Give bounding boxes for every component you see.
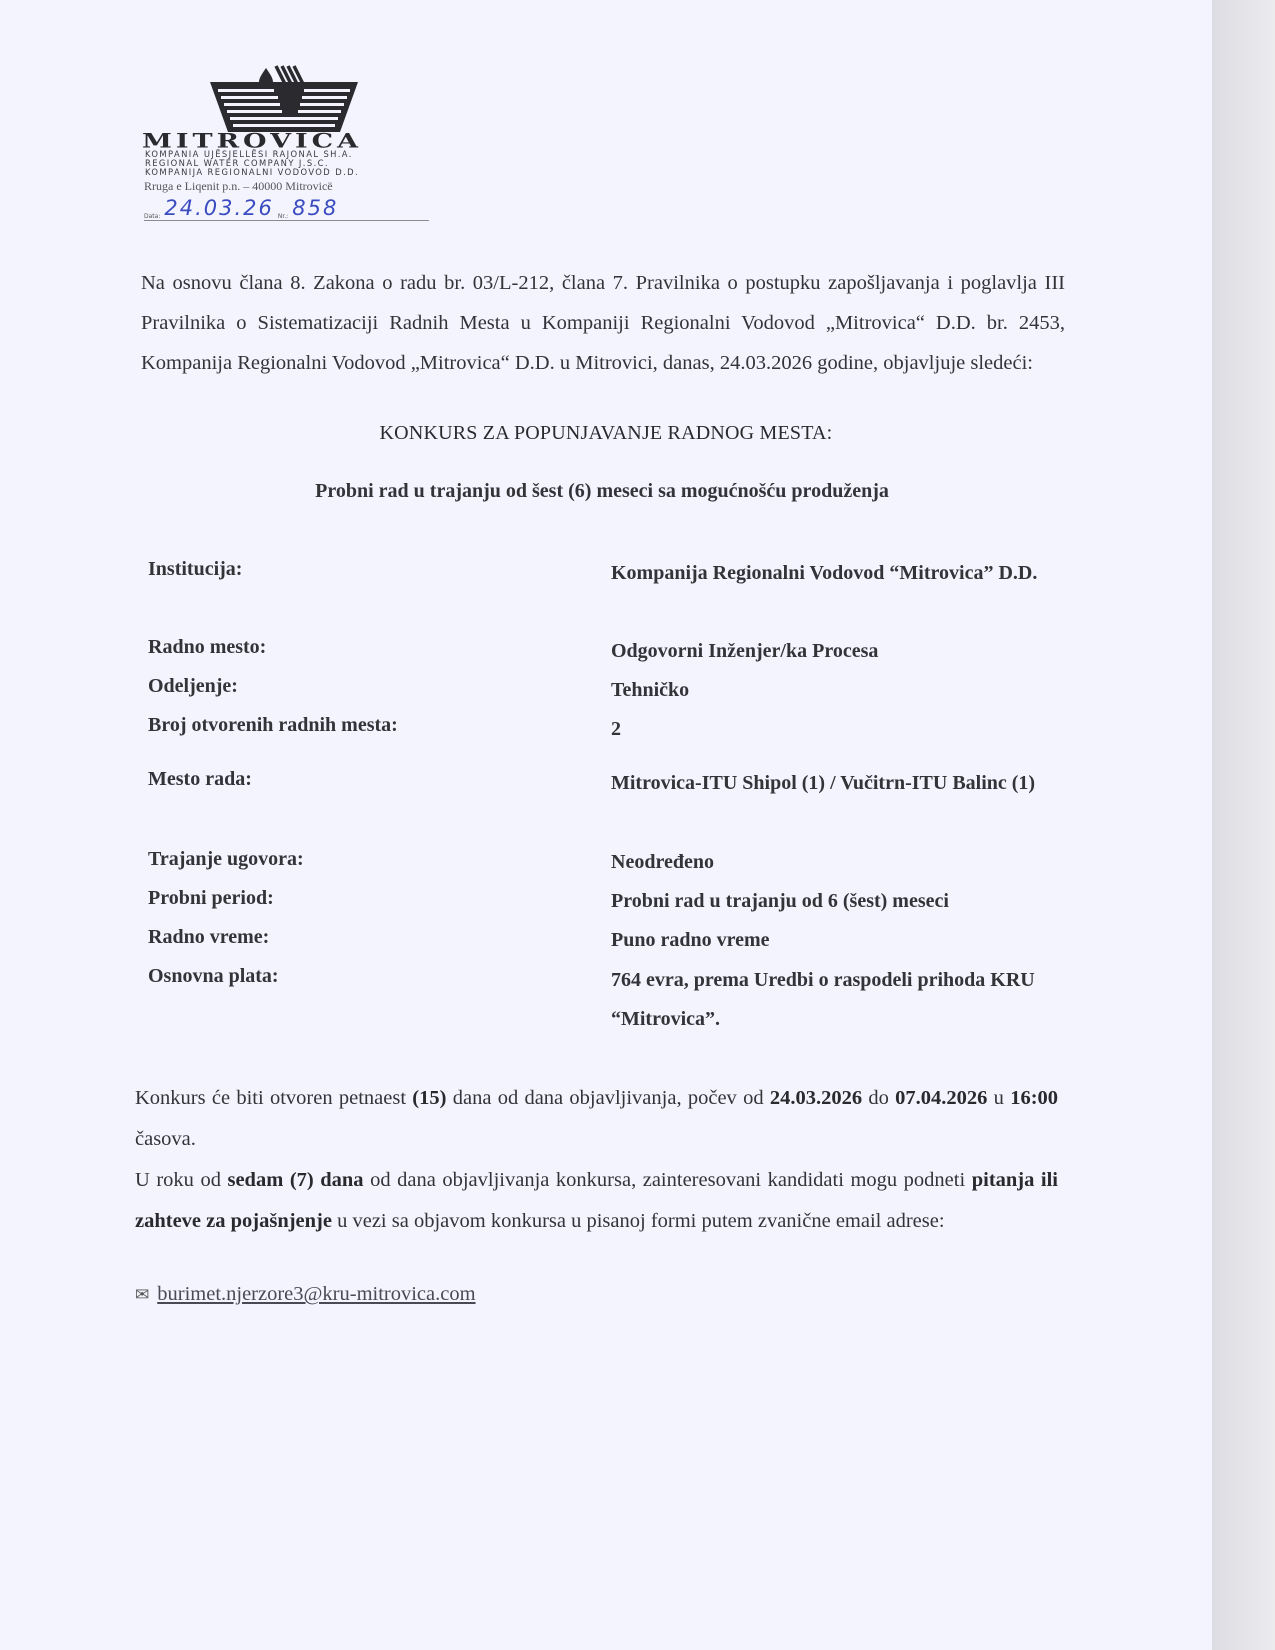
label-institucija: Institucija:: [148, 558, 242, 581]
number-label: Nr.:: [278, 213, 288, 220]
handwritten-number: 858: [292, 196, 338, 220]
email-link[interactable]: burimet.njerzore3@kru-mitrovica.com: [157, 1283, 475, 1305]
label-radno-mesto: Radno mesto:: [148, 636, 266, 659]
value-osnovna-plata: 764 evra, prema Uredbi o raspodeli priho…: [611, 961, 1051, 1039]
document-title: KONKURS ZA POPUNJAVANJE RADNOG MESTA:: [0, 422, 1212, 445]
value-odeljenje: Tehničko: [611, 671, 1051, 710]
value-trajanje-ugovora: Neodređeno: [611, 843, 1051, 882]
contact-email-row: ✉burimet.njerzore3@kru-mitrovica.com: [135, 1283, 476, 1306]
envelope-icon: ✉: [135, 1285, 149, 1305]
start-date: 24.03.2026: [770, 1087, 862, 1109]
document-page: MITROVICA KOMPANIA UJËSJELLËSI RAJONAL S…: [0, 0, 1213, 1650]
end-date: 07.04.2026: [895, 1087, 987, 1109]
label-odeljenje: Odeljenje:: [148, 675, 238, 698]
days-count: (15): [412, 1087, 446, 1109]
subtitle-text: Probni rad u trajanju od šest (6) meseci…: [315, 480, 889, 502]
value-radno-mesto: Odgovorni Inženjer/ka Procesa: [611, 632, 1051, 671]
text: Konkurs će biti otvoren petnaest: [135, 1087, 412, 1109]
intro-paragraph: Na osnovu člana 8. Zakona o radu br. 03/…: [141, 263, 1065, 383]
value-mesto-rada: Mitrovica-ITU Shipol (1) / Vučitrn-ITU B…: [611, 764, 1051, 803]
stamp-underline: [144, 220, 429, 221]
question-period: sedam (7) dana: [227, 1169, 363, 1191]
handwritten-date: 24.03.26: [164, 196, 274, 220]
label-trajanje-ugovora: Trajanje ugovora:: [148, 848, 304, 871]
text: u: [987, 1087, 1010, 1109]
company-name-serbian: KOMPANIJA REGIONALNI VODOVOD D.D.: [145, 168, 430, 177]
label-broj-mesta: Broj otvorenih radnih mesta:: [148, 714, 398, 737]
label-probni-period: Probni period:: [148, 887, 274, 910]
registry-stamp: Data: 24.03.26 Nr.: 858: [144, 196, 429, 222]
text: časova.: [135, 1128, 196, 1150]
value-institucija: Kompanija Regionalni Vodovod “Mitrovica”…: [611, 554, 1051, 593]
text: od dana objavljivanja konkursa, zaintere…: [364, 1169, 972, 1191]
document-subtitle: Probni rad u trajanju od šest (6) meseci…: [0, 480, 1212, 503]
deadline-paragraph: Konkurs će biti otvoren petnaest (15) da…: [135, 1078, 1058, 1160]
label-osnovna-plata: Osnovna plata:: [148, 965, 279, 988]
text: u vezi sa objavom konkursa u pisanoj for…: [332, 1210, 945, 1232]
value-probni-period: Probni rad u trajanju od 6 (šest) meseci: [611, 882, 1051, 921]
label-radno-vreme: Radno vreme:: [148, 926, 269, 949]
end-time: 16:00: [1010, 1087, 1058, 1109]
questions-paragraph: U roku od sedam (7) dana od dana objavlj…: [135, 1160, 1058, 1242]
value-broj-mesta: 2: [611, 710, 1051, 749]
scan-margin: [1212, 0, 1275, 1650]
text: U roku od: [135, 1169, 227, 1191]
text: do: [862, 1087, 895, 1109]
label-mesto-rada: Mesto rada:: [148, 768, 252, 791]
value-radno-vreme: Puno radno vreme: [611, 921, 1051, 960]
company-address: Rruga e Liqenit p.n. – 40000 Mitrovicë: [144, 179, 333, 194]
date-label: Data:: [144, 213, 160, 220]
text: dana od dana objavljivanja, počev od: [446, 1087, 769, 1109]
